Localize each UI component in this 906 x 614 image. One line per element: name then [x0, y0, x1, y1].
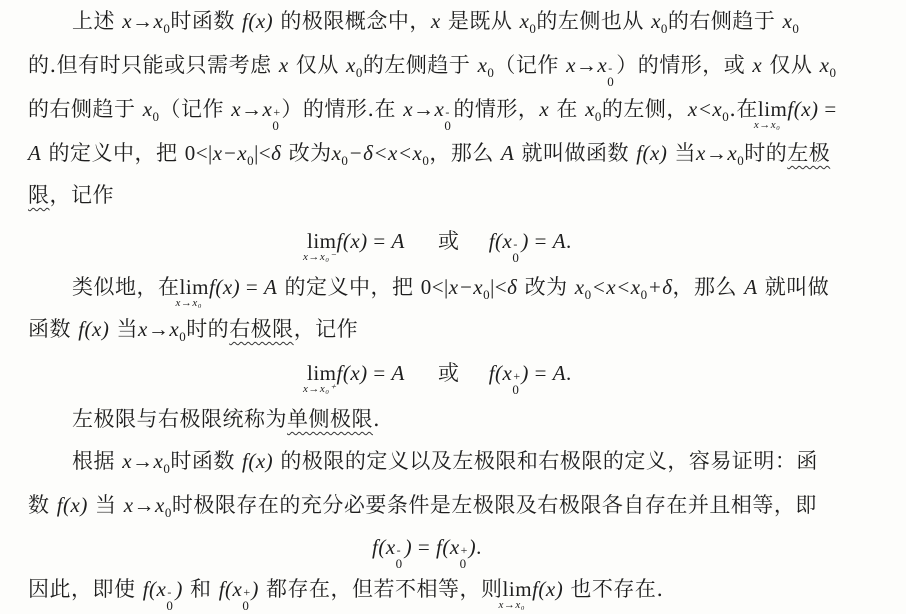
text: 也不存在. [563, 577, 663, 601]
text: 都存在，但若不相等，则 [259, 577, 503, 601]
math-abs-cond: 0<|x−x0|<δ [421, 275, 518, 299]
text: . [373, 407, 380, 431]
text: 时函数 [170, 449, 242, 473]
text: （记作 [160, 97, 232, 121]
math-x: x [431, 9, 441, 33]
math-A: A [392, 361, 405, 385]
paragraph-line: 数 f(x) 当 x→x0时极限存在的充分必要条件是左极限及右极限各自存在并且相… [28, 490, 817, 520]
math-x-lt-x0: x<x0 [688, 97, 729, 121]
text: 仅从 [289, 53, 346, 77]
math-f-x0-minus: f(x-0) [489, 229, 529, 253]
paragraph-line: 函数 f(x) 当x→x0时的右极限，记作 [28, 314, 358, 344]
math-fx: f(x) [242, 449, 273, 473]
text: 的情形， [453, 97, 539, 121]
text: 时的 [186, 317, 229, 341]
text: 的极限的定义以及左极限和右极限的定义，容易证明：函 [273, 449, 818, 473]
text-or: 或 [438, 229, 460, 253]
math-x-to-x0: x→x0 [696, 141, 744, 165]
math-fx: f(x) [242, 9, 273, 33]
paragraph-line: 的.但有时只能或只需考虑 x 仅从 x0的左侧趋于 x0（记作 x→x-0）的情… [28, 50, 836, 80]
paragraph-line: 限，记作 [28, 180, 114, 210]
term-one-sided-limit: 单侧极限 [287, 407, 373, 431]
math-A: A [744, 275, 757, 299]
text: 就叫做 [758, 275, 830, 299]
text-or: 或 [438, 361, 460, 385]
math-lim: limx→x₀⁻ [307, 226, 337, 256]
math-right-interval: x0<x<x0+δ [575, 275, 673, 299]
text: 数 [28, 493, 57, 517]
text: 当 [88, 493, 124, 517]
math-f-x0-plus: f(x+0) [436, 535, 476, 559]
math-fx: f(x) [787, 97, 818, 121]
text: 的左侧， [602, 97, 688, 121]
equation-right-limit: limx→x₀⁺f(x) = A 或 f(x+0) = A. [307, 358, 572, 388]
paragraph-line: 根据 x→x0时函数 f(x) 的极限的定义以及左极限和右极限的定义，容易证明：… [72, 446, 818, 476]
math-fx: f(x) [57, 493, 88, 517]
text: （记作 [494, 53, 566, 77]
text: 的定义中，把 [41, 141, 184, 165]
math-x0: x0 [820, 53, 837, 77]
equation-left-limit: limx→x₀⁻f(x) = A 或 f(x-0) = A. [307, 226, 572, 256]
math-x-to-x0: x→x0 [124, 493, 172, 517]
math-A: A [392, 229, 405, 253]
text: 改为 [517, 275, 574, 299]
text: 当 [109, 317, 138, 341]
math-left-interval: x0−δ<x<x0 [332, 141, 430, 165]
text: 在 [549, 97, 585, 121]
math-A: A [501, 141, 514, 165]
term-left-limit: 左极 [787, 141, 830, 165]
math-x0: x0 [143, 97, 160, 121]
math-fx: f(x) [337, 361, 368, 385]
text: 的右侧趋于 [28, 97, 143, 121]
math-x0: x0 [585, 97, 602, 121]
math-x: x [279, 53, 289, 77]
math-fx: f(x) [532, 577, 563, 601]
math-A: A [264, 275, 277, 299]
text: .在 [729, 97, 758, 121]
text: ）的情形，或 [616, 53, 752, 77]
math-f-x0-minus: f(x-0) [372, 535, 412, 559]
paragraph-line: 类似地，在limx→x₀f(x) = A 的定义中，把 0<|x−x0|<δ 改… [72, 272, 829, 302]
text: ，记作 [294, 317, 359, 341]
text: ，那么 [429, 141, 501, 165]
text: 的.但有时只能或只需考虑 [28, 53, 279, 77]
text: ，记作 [50, 183, 115, 207]
math-fx: f(x) [636, 141, 667, 165]
paragraph-line: 因此，即使 f(x-0) 和 f(x+0) 都存在，但若不相等，则limx→x₀… [28, 574, 664, 604]
text: 的定义中，把 [277, 275, 420, 299]
text: 时函数 [170, 9, 242, 33]
math-f-x0-minus: f(x-0) [143, 577, 183, 601]
math-fx: f(x) [209, 275, 240, 299]
math-A: A [28, 141, 41, 165]
text: 的左侧趋于 [363, 53, 478, 77]
math-x-to-x0: x→x0 [122, 449, 170, 473]
text: 是既从 [441, 9, 520, 33]
text: 的右侧趋于 [668, 9, 783, 33]
math-x-to-x0-minus: x→x-0 [566, 53, 616, 77]
equation-equal-limits: f(x-0) = f(x+0). [372, 532, 482, 562]
paragraph-line: A 的定义中，把 0<|x−x0|<δ 改为x0−δ<x<x0，那么 A 就叫做… [28, 138, 830, 168]
math-fx: f(x) [337, 229, 368, 253]
paragraph-line: 的右侧趋于 x0（记作 x→x+0）的情形.在 x→x-0的情形，x 在 x0的… [28, 94, 837, 124]
math-x: x [539, 97, 549, 121]
text: 就叫做函数 [514, 141, 636, 165]
math-x0: x0 [346, 53, 363, 77]
math-lim: limx→x₀ [180, 272, 210, 302]
math-x0: x0 [651, 9, 668, 33]
math-f-x0-plus: f(x+0) [219, 577, 259, 601]
text: 左极限与右极限统称为 [72, 407, 287, 431]
text: 的极限概念中， [273, 9, 431, 33]
math-x0: x0 [478, 53, 495, 77]
math-lim: limx→x₀⁺ [307, 358, 337, 388]
text: 和 [183, 577, 219, 601]
text: 上述 [72, 9, 122, 33]
text: 类似地，在 [72, 275, 180, 299]
text: ，那么 [673, 275, 745, 299]
term-right-limit: 右极限 [229, 317, 294, 341]
text: 时的 [744, 141, 787, 165]
math-f-x0-plus: f(x+0) [489, 361, 529, 385]
text: ）的情形.在 [281, 97, 403, 121]
math-x-to-x0-plus: x→x+0 [231, 97, 281, 121]
paragraph-line: 左极限与右极限统称为单侧极限. [72, 404, 380, 434]
math-abs-cond: 0<|x−x0|<δ [185, 141, 282, 165]
math-x-to-x0: x→x0 [122, 9, 170, 33]
math-lim: limx→x₀ [503, 574, 533, 604]
text: 仅从 [762, 53, 819, 77]
text: 改为 [281, 141, 331, 165]
text: 当 [667, 141, 696, 165]
math-x0: x0 [783, 9, 800, 33]
term-left-limit-tail: 限 [28, 183, 50, 207]
text: 的左侧也从 [536, 9, 651, 33]
text: 因此，即使 [28, 577, 143, 601]
math-fx: f(x) [78, 317, 109, 341]
text: 函数 [28, 317, 78, 341]
math-x0: x0 [520, 9, 537, 33]
math-x-to-x0-minus: x→x-0 [403, 97, 453, 121]
text: 根据 [72, 449, 122, 473]
math-lim: limx→x₀ [758, 94, 788, 124]
text: 时极限存在的充分必要条件是左极限及右极限各自存在并且相等，即 [172, 493, 817, 517]
math-x-to-x0: x→x0 [138, 317, 186, 341]
math-x: x [752, 53, 762, 77]
paragraph-line: 上述 x→x0时函数 f(x) 的极限概念中，x 是既从 x0的左侧也从 x0的… [72, 6, 799, 36]
